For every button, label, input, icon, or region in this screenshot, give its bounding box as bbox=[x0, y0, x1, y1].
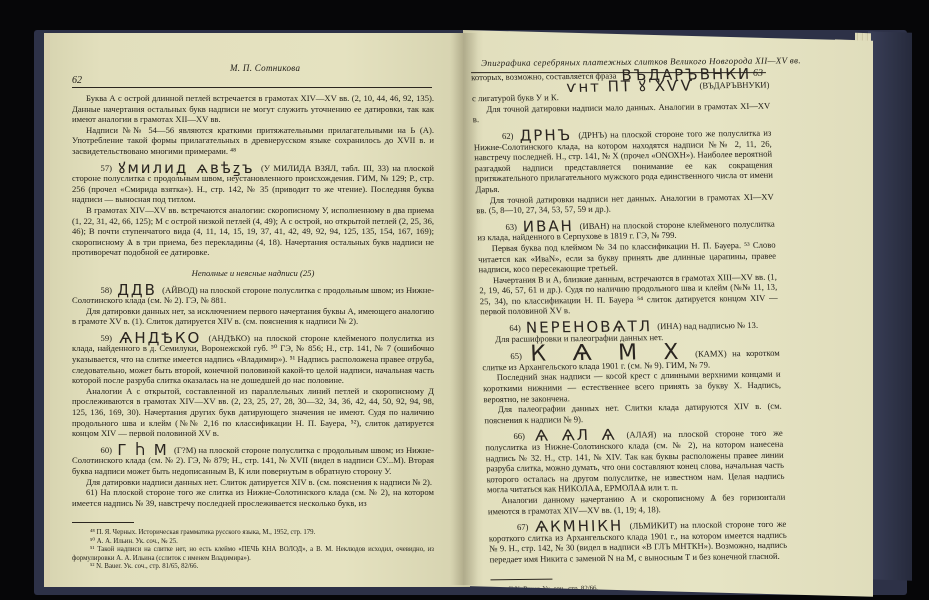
entry-body: Аналогии А с открытой, составленной из п… bbox=[72, 386, 434, 439]
book-cover-edge bbox=[868, 31, 912, 581]
entry-body: Для точной датировки надписи нет данных.… bbox=[476, 191, 775, 216]
entry-number: 57) bbox=[86, 163, 112, 174]
entry-60: 60) Г Ⴙ М (Г?М) на плоской стороне полус… bbox=[72, 445, 434, 487]
paragraph: Буква А с острой длинной петлей встречае… bbox=[72, 93, 434, 125]
inscription-reading: (ВЪДАРЪВНУКИ) bbox=[699, 79, 769, 90]
entry-body: В грамотах XIV—XV вв. встречаются аналог… bbox=[72, 205, 434, 258]
entry-59: 59) ѦНДѢКО (АНДѢКО) на плоской стороне к… bbox=[72, 333, 434, 439]
entry-number: 63) bbox=[491, 221, 517, 232]
entry-body: Для датировки данных нет, за исключением… bbox=[72, 306, 434, 327]
running-head: М. П. Сотникова bbox=[230, 63, 300, 73]
right-page-body: которых, возможно, составляется фраза ВЪ… bbox=[471, 69, 789, 597]
entry-63: 63) ИВАН (ИВАН) на плоской стороне клейм… bbox=[477, 218, 778, 317]
entry-number: 66) bbox=[499, 431, 525, 442]
left-page: 62 М. П. Сотникова Буква А с острой длин… bbox=[44, 33, 470, 587]
entry-67: 67) ѦКМНІКН (ЛЬМИКИТ) на плоской стороне… bbox=[488, 519, 787, 565]
entry-58: 58) ДДВ (АЙВОД) на плоской стороне полус… bbox=[72, 285, 434, 327]
entry-61: 61) На плоской стороне того же слитка из… bbox=[72, 487, 434, 508]
footnote-rule bbox=[490, 578, 552, 580]
entry-body: Последний знак надписи — косой крест с д… bbox=[483, 369, 782, 404]
entry-number: 65) bbox=[496, 351, 522, 362]
entry-57: 57) ꙋмилид ѧвѣꙁъ (У МИЛИДА ВЗЯЛ, табл. I… bbox=[72, 163, 434, 258]
footnote: ⁴⁸ П. Я. Черных. Историческая грамматика… bbox=[72, 529, 434, 537]
entry-62: 62) ДРНЪ (ДРНЪ) на плоской стороне того … bbox=[473, 128, 774, 216]
section-title: Неполные и неясные надписи (25) bbox=[72, 268, 434, 279]
entry-body: Аналогии данному начертанию А и скоропис… bbox=[487, 492, 786, 517]
paragraph: Для точной датировки надписи мало данных… bbox=[472, 100, 771, 125]
paragraph: Надписи №№ 54—56 являются краткими притя… bbox=[72, 125, 434, 157]
left-page-body: Буква А с острой длинной петлей встречае… bbox=[72, 93, 434, 571]
entry-number: 62) bbox=[487, 131, 513, 142]
entry-body: Для палеографии данных нет. Слитки клада… bbox=[484, 401, 783, 426]
entry-65: 65) К Ѧ М Х (КАМХ) на коротком слитке из… bbox=[482, 347, 783, 426]
inscription-drawing: ѵнт ПТ ꙋ ХѴѴ bbox=[563, 76, 698, 96]
header-rule bbox=[72, 87, 432, 88]
right-page: Эпиграфика серебряных платежных слитков … bbox=[463, 30, 873, 597]
entry-number: 59) bbox=[86, 333, 112, 344]
entry-body: Первая буква под клеймом № 34 по классиф… bbox=[478, 240, 777, 275]
entry-66: 66) Ѧ ѦЛ Ѧ (АЛАЯ) на плоской стороне тог… bbox=[485, 428, 786, 516]
entry-number: 64) bbox=[495, 323, 521, 334]
entry-body: Начертания В и А, близкие данным, встреч… bbox=[479, 271, 778, 317]
page-number: 62 bbox=[72, 75, 82, 86]
footnote: ⁵² N. Bauer. Ук. соч., стр. 81/65, 82/66… bbox=[72, 563, 434, 571]
entry-number: 58) bbox=[86, 285, 112, 296]
footnote: ⁵⁰ А. А. Ильин. Ук. соч., № 25. bbox=[72, 538, 434, 546]
footnotes: ⁴⁸ П. Я. Черных. Историческая грамматика… bbox=[72, 529, 434, 571]
footnote-rule bbox=[72, 522, 134, 523]
entry-number: 60) bbox=[86, 445, 112, 456]
entry-head: (ИНА) над надписью № 13. bbox=[657, 320, 758, 331]
entry-head: (АЛАЯ) на плоской стороне того же полусл… bbox=[485, 428, 784, 495]
footnote: ⁵¹ Такой надписи на слитке нет, но есть … bbox=[72, 546, 434, 563]
entry-body: Для датировки надписи данных нет. Слиток… bbox=[72, 477, 434, 488]
entry-number: 67) bbox=[502, 522, 528, 533]
